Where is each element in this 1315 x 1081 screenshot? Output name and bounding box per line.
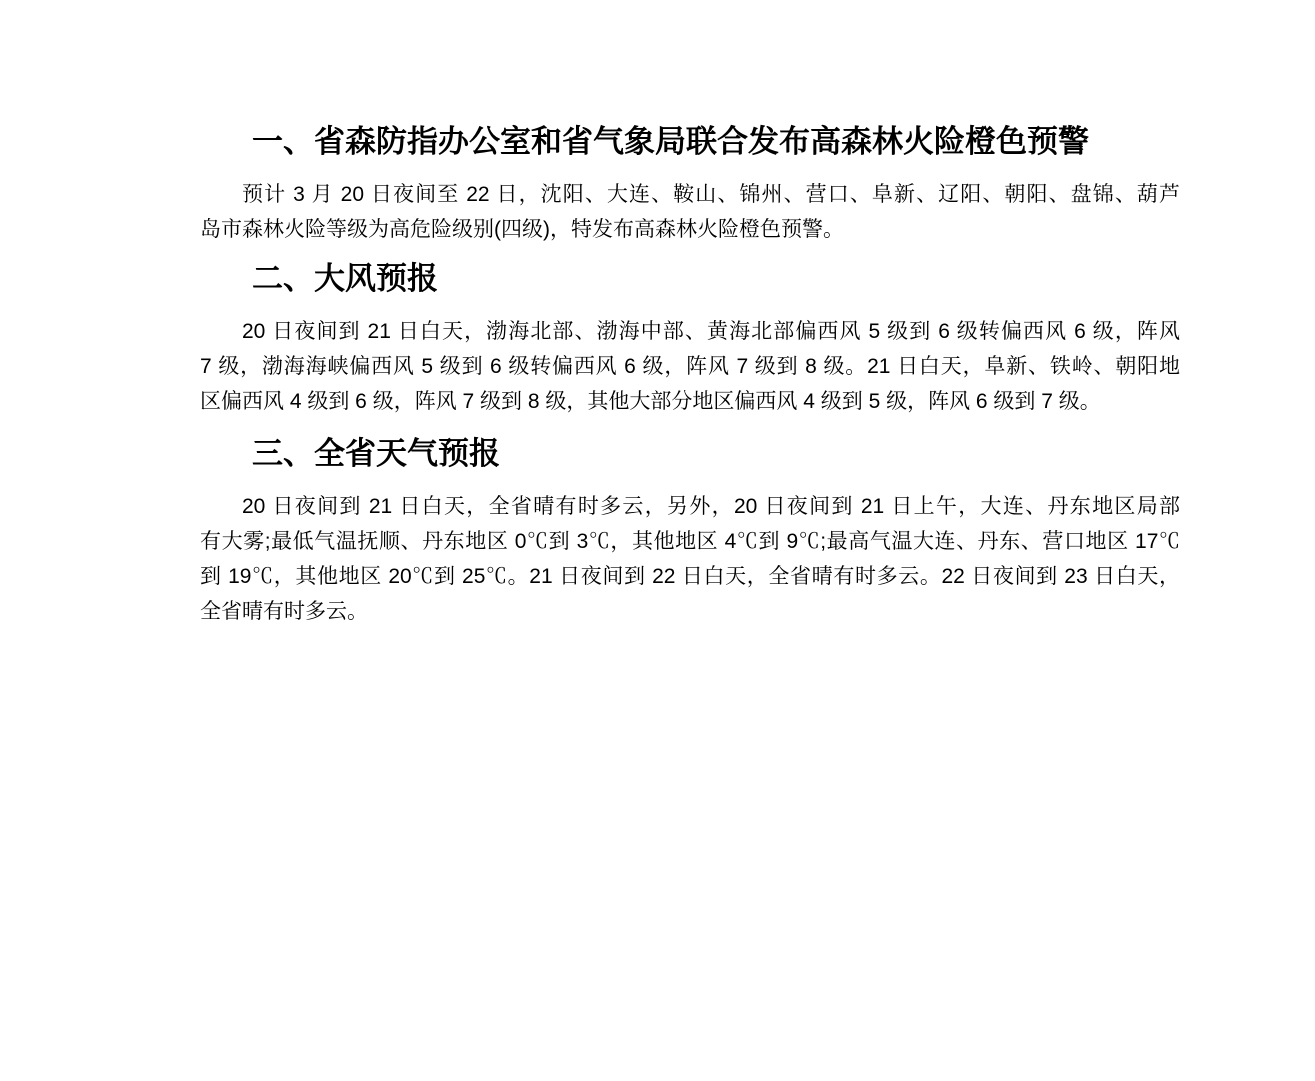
- section-heading-fire-warning: 一、省森防指办公室和省气象局联合发布高森林火险橙色预警: [200, 119, 1180, 164]
- paragraph-line: 20 日夜间到 21 日白天，全省晴有时多云，另外，20 日夜间到 21 日上午…: [200, 489, 1180, 524]
- paragraph-line: 到 19℃，其他地区 20℃到 25℃。21 日夜间到 22 日白天，全省晴有时…: [200, 559, 1180, 594]
- paragraph-line: 有大雾;最低气温抚顺、丹东地区 0℃到 3℃，其他地区 4℃到 9℃;最高气温大…: [200, 524, 1180, 559]
- wind-forecast-paragraph: 20 日夜间到 21 日白天，渤海北部、渤海中部、黄海北部偏西风 5 级到 6 …: [200, 314, 1180, 419]
- fire-warning-paragraph: 预计 3 月 20 日夜间至 22 日，沈阳、大连、鞍山、锦州、营口、阜新、辽阳…: [200, 177, 1180, 247]
- paragraph-line: 7 级，渤海海峡偏西风 5 级到 6 级转偏西风 6 级，阵风 7 级到 8 级…: [200, 349, 1180, 384]
- weather-forecast-paragraph: 20 日夜间到 21 日白天，全省晴有时多云，另外，20 日夜间到 21 日上午…: [200, 489, 1180, 629]
- paragraph-line: 区偏西风 4 级到 6 级，阵风 7 级到 8 级，其他大部分地区偏西风 4 级…: [200, 384, 1180, 419]
- section-heading-weather-forecast: 三、全省天气预报: [200, 431, 1180, 476]
- paragraph-line: 岛市森林火险等级为高危险级别(四级)，特发布高森林火险橙色预警。: [200, 212, 1180, 247]
- paragraph-line: 预计 3 月 20 日夜间至 22 日，沈阳、大连、鞍山、锦州、营口、阜新、辽阳…: [200, 177, 1180, 212]
- section-heading-wind-forecast: 二、大风预报: [200, 256, 1180, 301]
- paragraph-line: 20 日夜间到 21 日白天，渤海北部、渤海中部、黄海北部偏西风 5 级到 6 …: [200, 314, 1180, 349]
- paragraph-line: 全省晴有时多云。: [200, 594, 1180, 629]
- document-page: 一、省森防指办公室和省气象局联合发布高森林火险橙色预警 预计 3 月 20 日夜…: [200, 0, 1180, 629]
